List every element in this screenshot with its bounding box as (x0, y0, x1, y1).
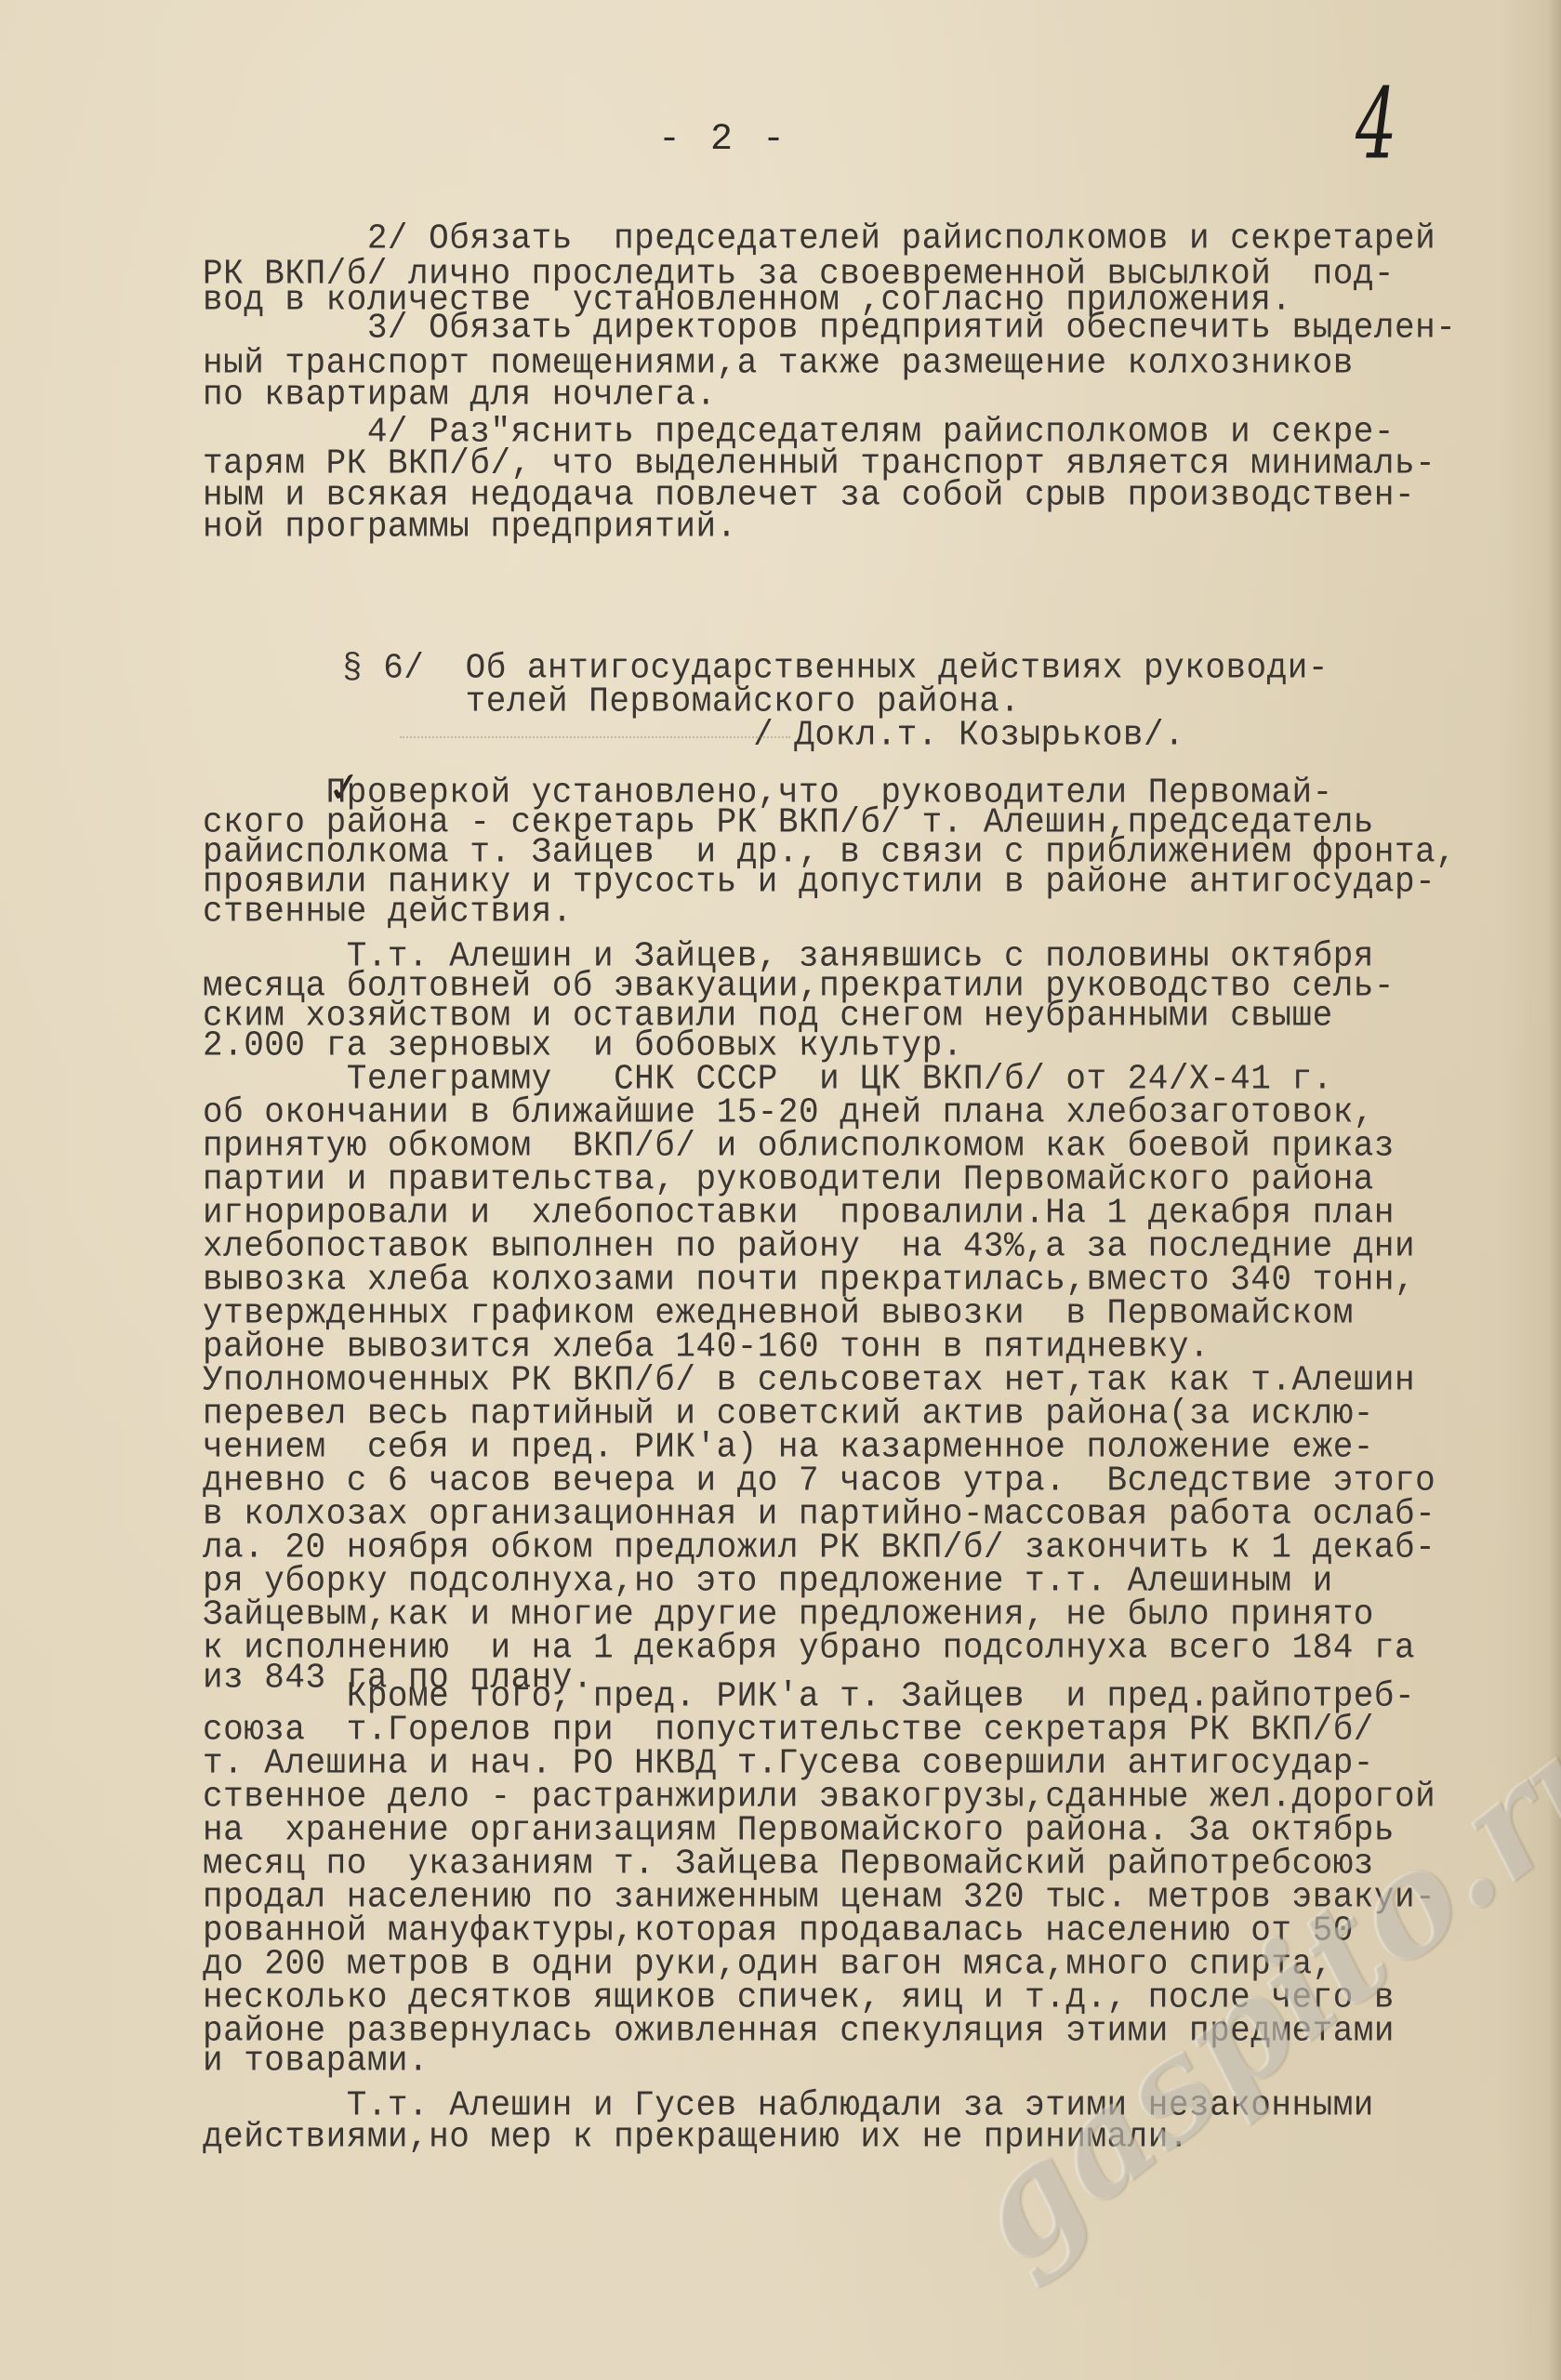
handwritten-folio-number: 4 (1356, 67, 1397, 181)
text-line: ственные действия. (203, 894, 573, 930)
text-line: ной программы предприятий. (203, 509, 737, 545)
rapporteur-line: / Докл.т. Козырьков/. (342, 718, 1184, 753)
text-line: 3/ Обязать директоров предприятий обеспе… (203, 311, 1456, 346)
page-number: - 2 - (658, 119, 788, 161)
text-line: по квартирам для ночлега. (203, 377, 717, 413)
text-line: и товарами. (203, 2043, 429, 2079)
page-edge-shadow (1548, 0, 1561, 2380)
faded-rule (400, 736, 790, 738)
text-line: 2/ Обязать председателей райисполкомов и… (203, 221, 1435, 257)
